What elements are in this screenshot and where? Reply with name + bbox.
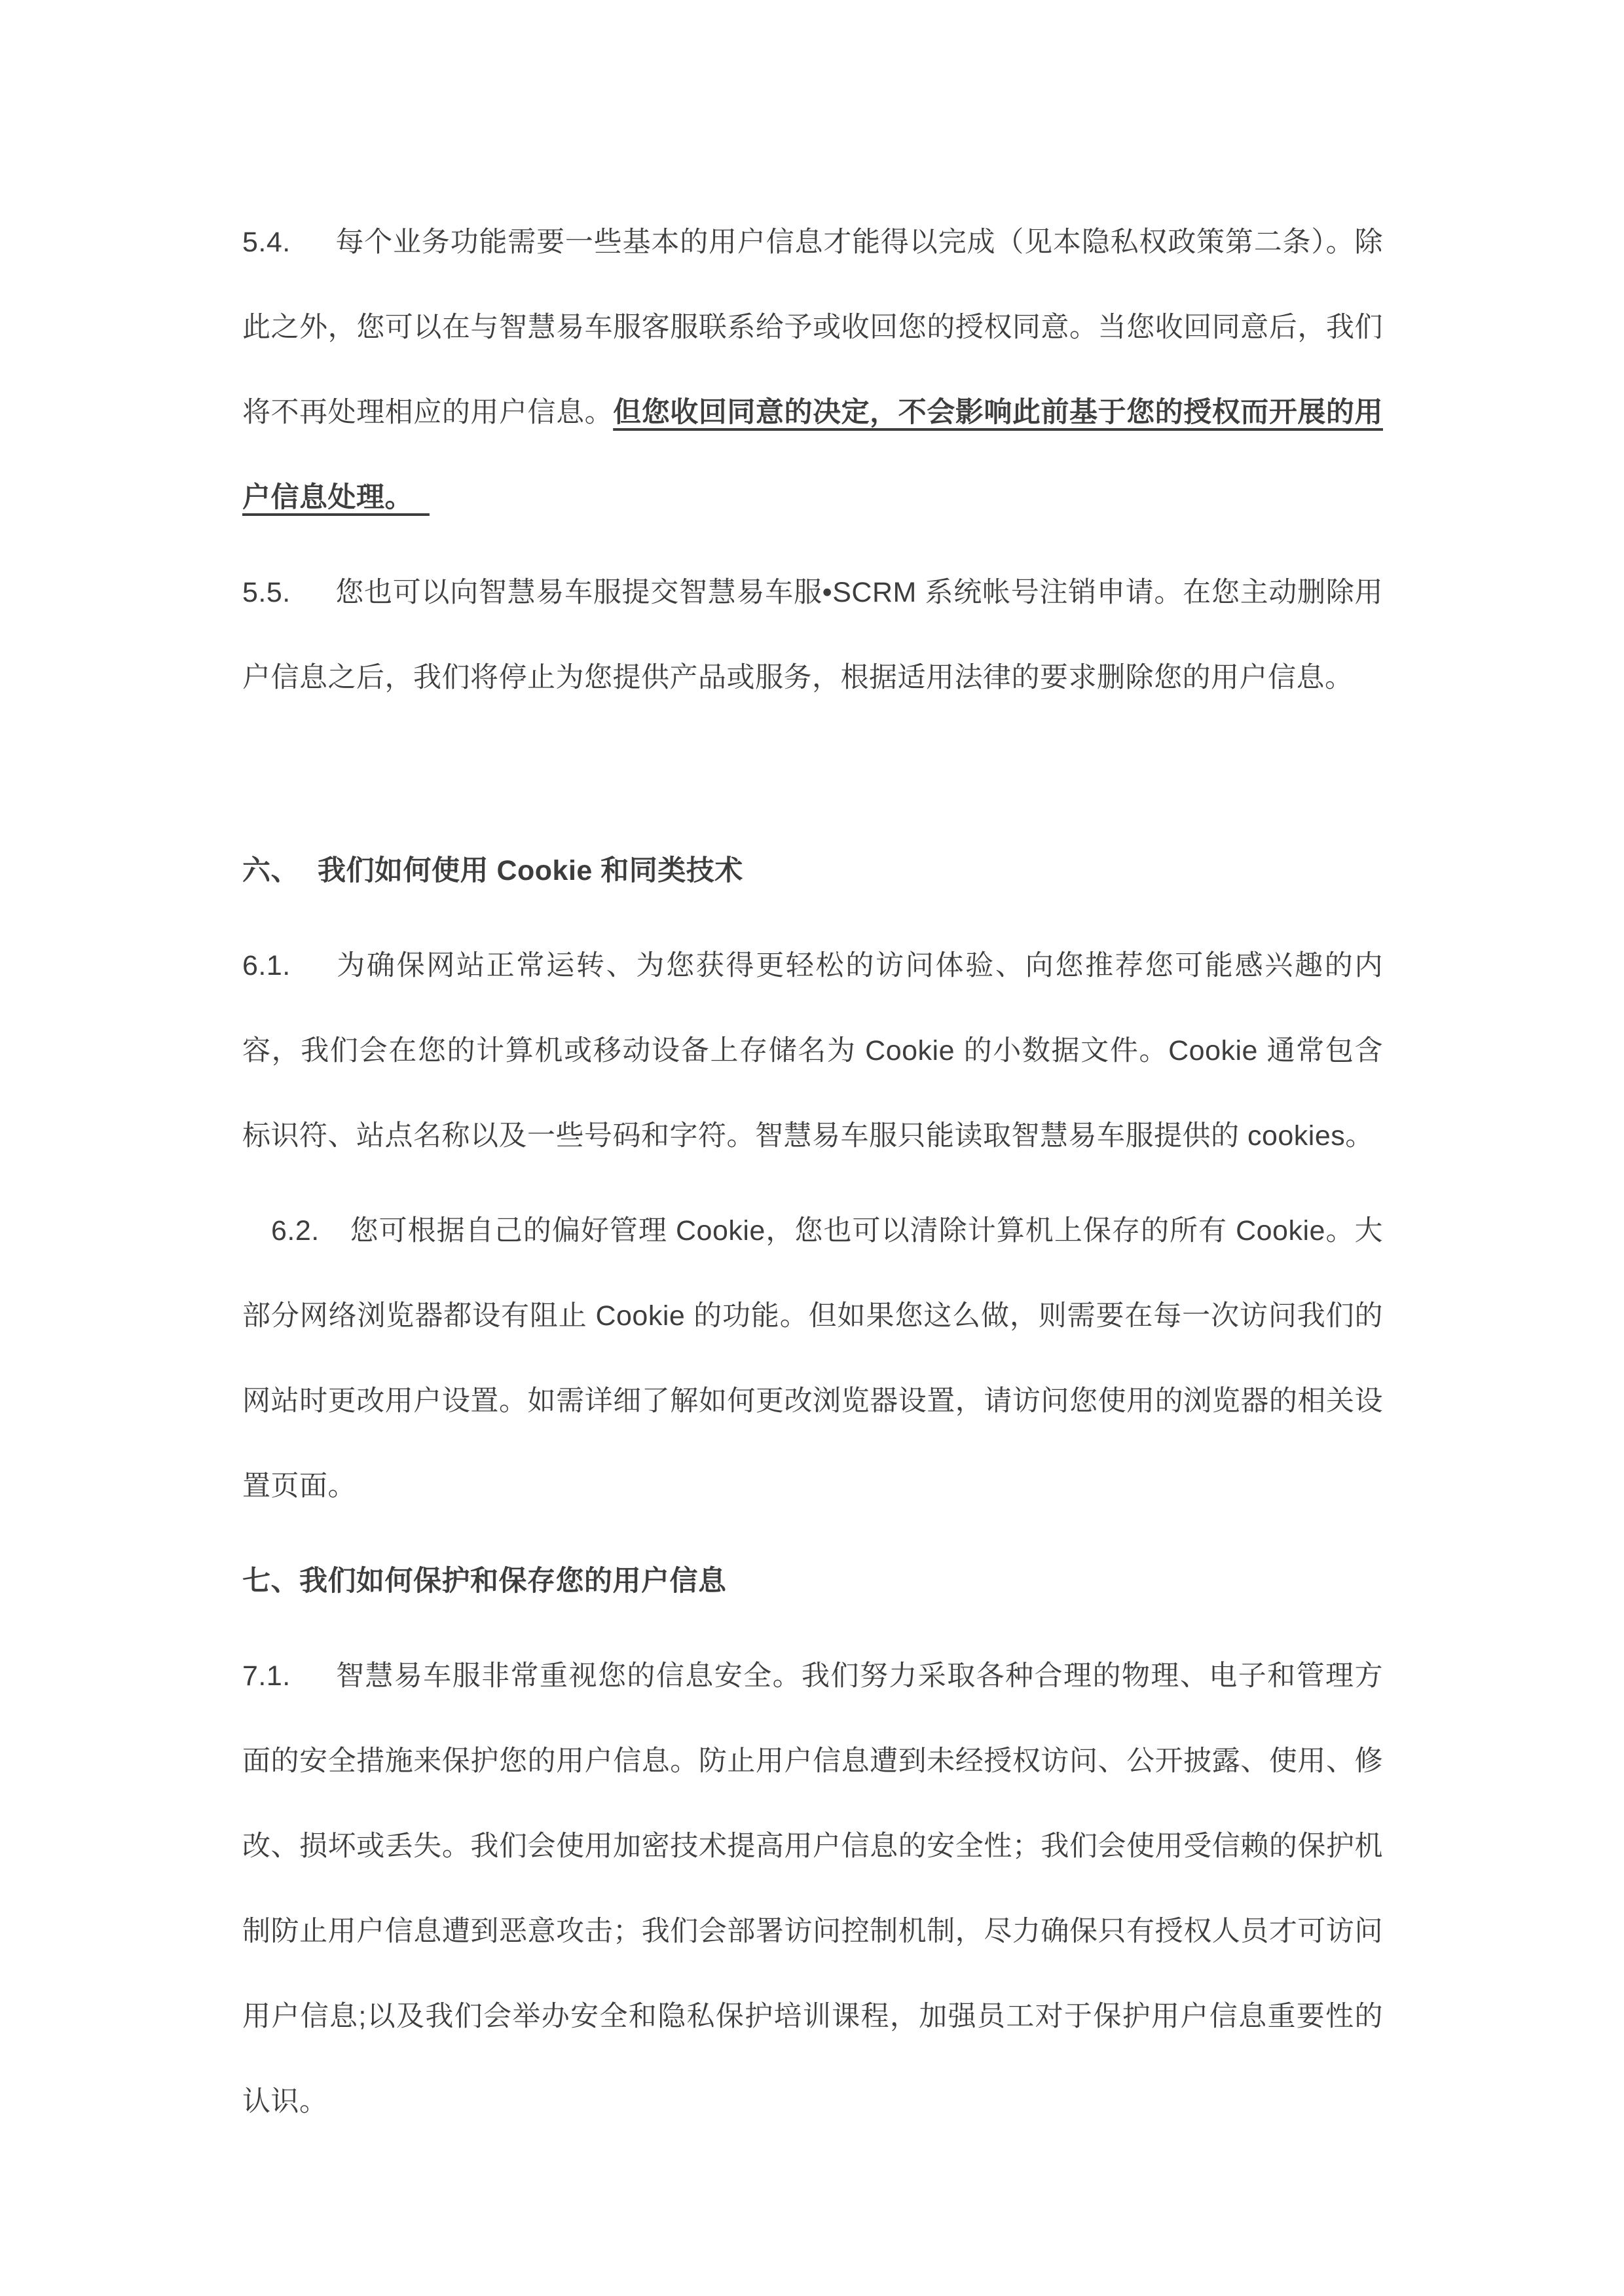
document-body: 5.4.每个业务功能需要一些基本的用户信息才能得以完成（见本隐私权政策第二条）。… [242, 200, 1383, 2154]
paragraph-7-1-text: 智慧易车服非常重视您的信息安全。我们努力采取各种合理的物理、电子和管理方面的安全… [242, 1660, 1383, 2117]
paragraph-7-1: 7.1.智慧易车服非常重视您的信息安全。我们努力采取各种合理的物理、电子和管理方… [242, 1633, 1383, 2144]
section-number-5-5: 5.5. [242, 550, 335, 635]
heading-section-7: 七、我们如何保护和保存您的用户信息 [242, 1539, 1383, 1624]
heading-6-title: 我们如何使用 Cookie 和同类技术 [318, 855, 743, 886]
document-page: 5.4.每个业务功能需要一些基本的用户信息才能得以完成（见本隐私权政策第二条）。… [0, 0, 1624, 2296]
paragraph-5-5: 5.5.您也可以向智慧易车服提交智慧易车服•SCRM 系统帐号注销申请。在您主动… [242, 550, 1383, 720]
paragraph-5-4: 5.4.每个业务功能需要一些基本的用户信息才能得以完成（见本隐私权政策第二条）。… [242, 200, 1383, 540]
section-number-5-4: 5.4. [242, 200, 335, 285]
blank-line [242, 730, 1383, 828]
paragraph-6-2: 6.2.您可根据自己的偏好管理 Cookie，您也可以清除计算机上保存的所有 C… [242, 1188, 1383, 1529]
paragraph-6-2-text: 您可根据自己的偏好管理 Cookie，您也可以清除计算机上保存的所有 Cooki… [242, 1215, 1383, 1502]
section-number-6-2: 6.2. [257, 1188, 350, 1273]
heading-section-6: 六、我们如何使用 Cookie 和同类技术 [242, 828, 1383, 913]
paragraph-5-5-text: 您也可以向智慧易车服提交智慧易车服•SCRM 系统帐号注销申请。在您主动删除用户… [242, 577, 1383, 693]
paragraph-6-1-text: 为确保网站正常运转、为您获得更轻松的访问体验、向您推荐您可能感兴趣的内容，我们会… [242, 950, 1383, 1152]
heading-7-title: 七、我们如何保护和保存您的用户信息 [242, 1565, 727, 1597]
section-number-7-1: 7.1. [242, 1633, 335, 1719]
heading-6-number: 六、 [242, 855, 299, 886]
section-number-6-1: 6.1. [242, 923, 335, 1008]
paragraph-6-1: 6.1.为确保网站正常运转、为您获得更轻松的访问体验、向您推荐您可能感兴趣的内容… [242, 923, 1383, 1178]
